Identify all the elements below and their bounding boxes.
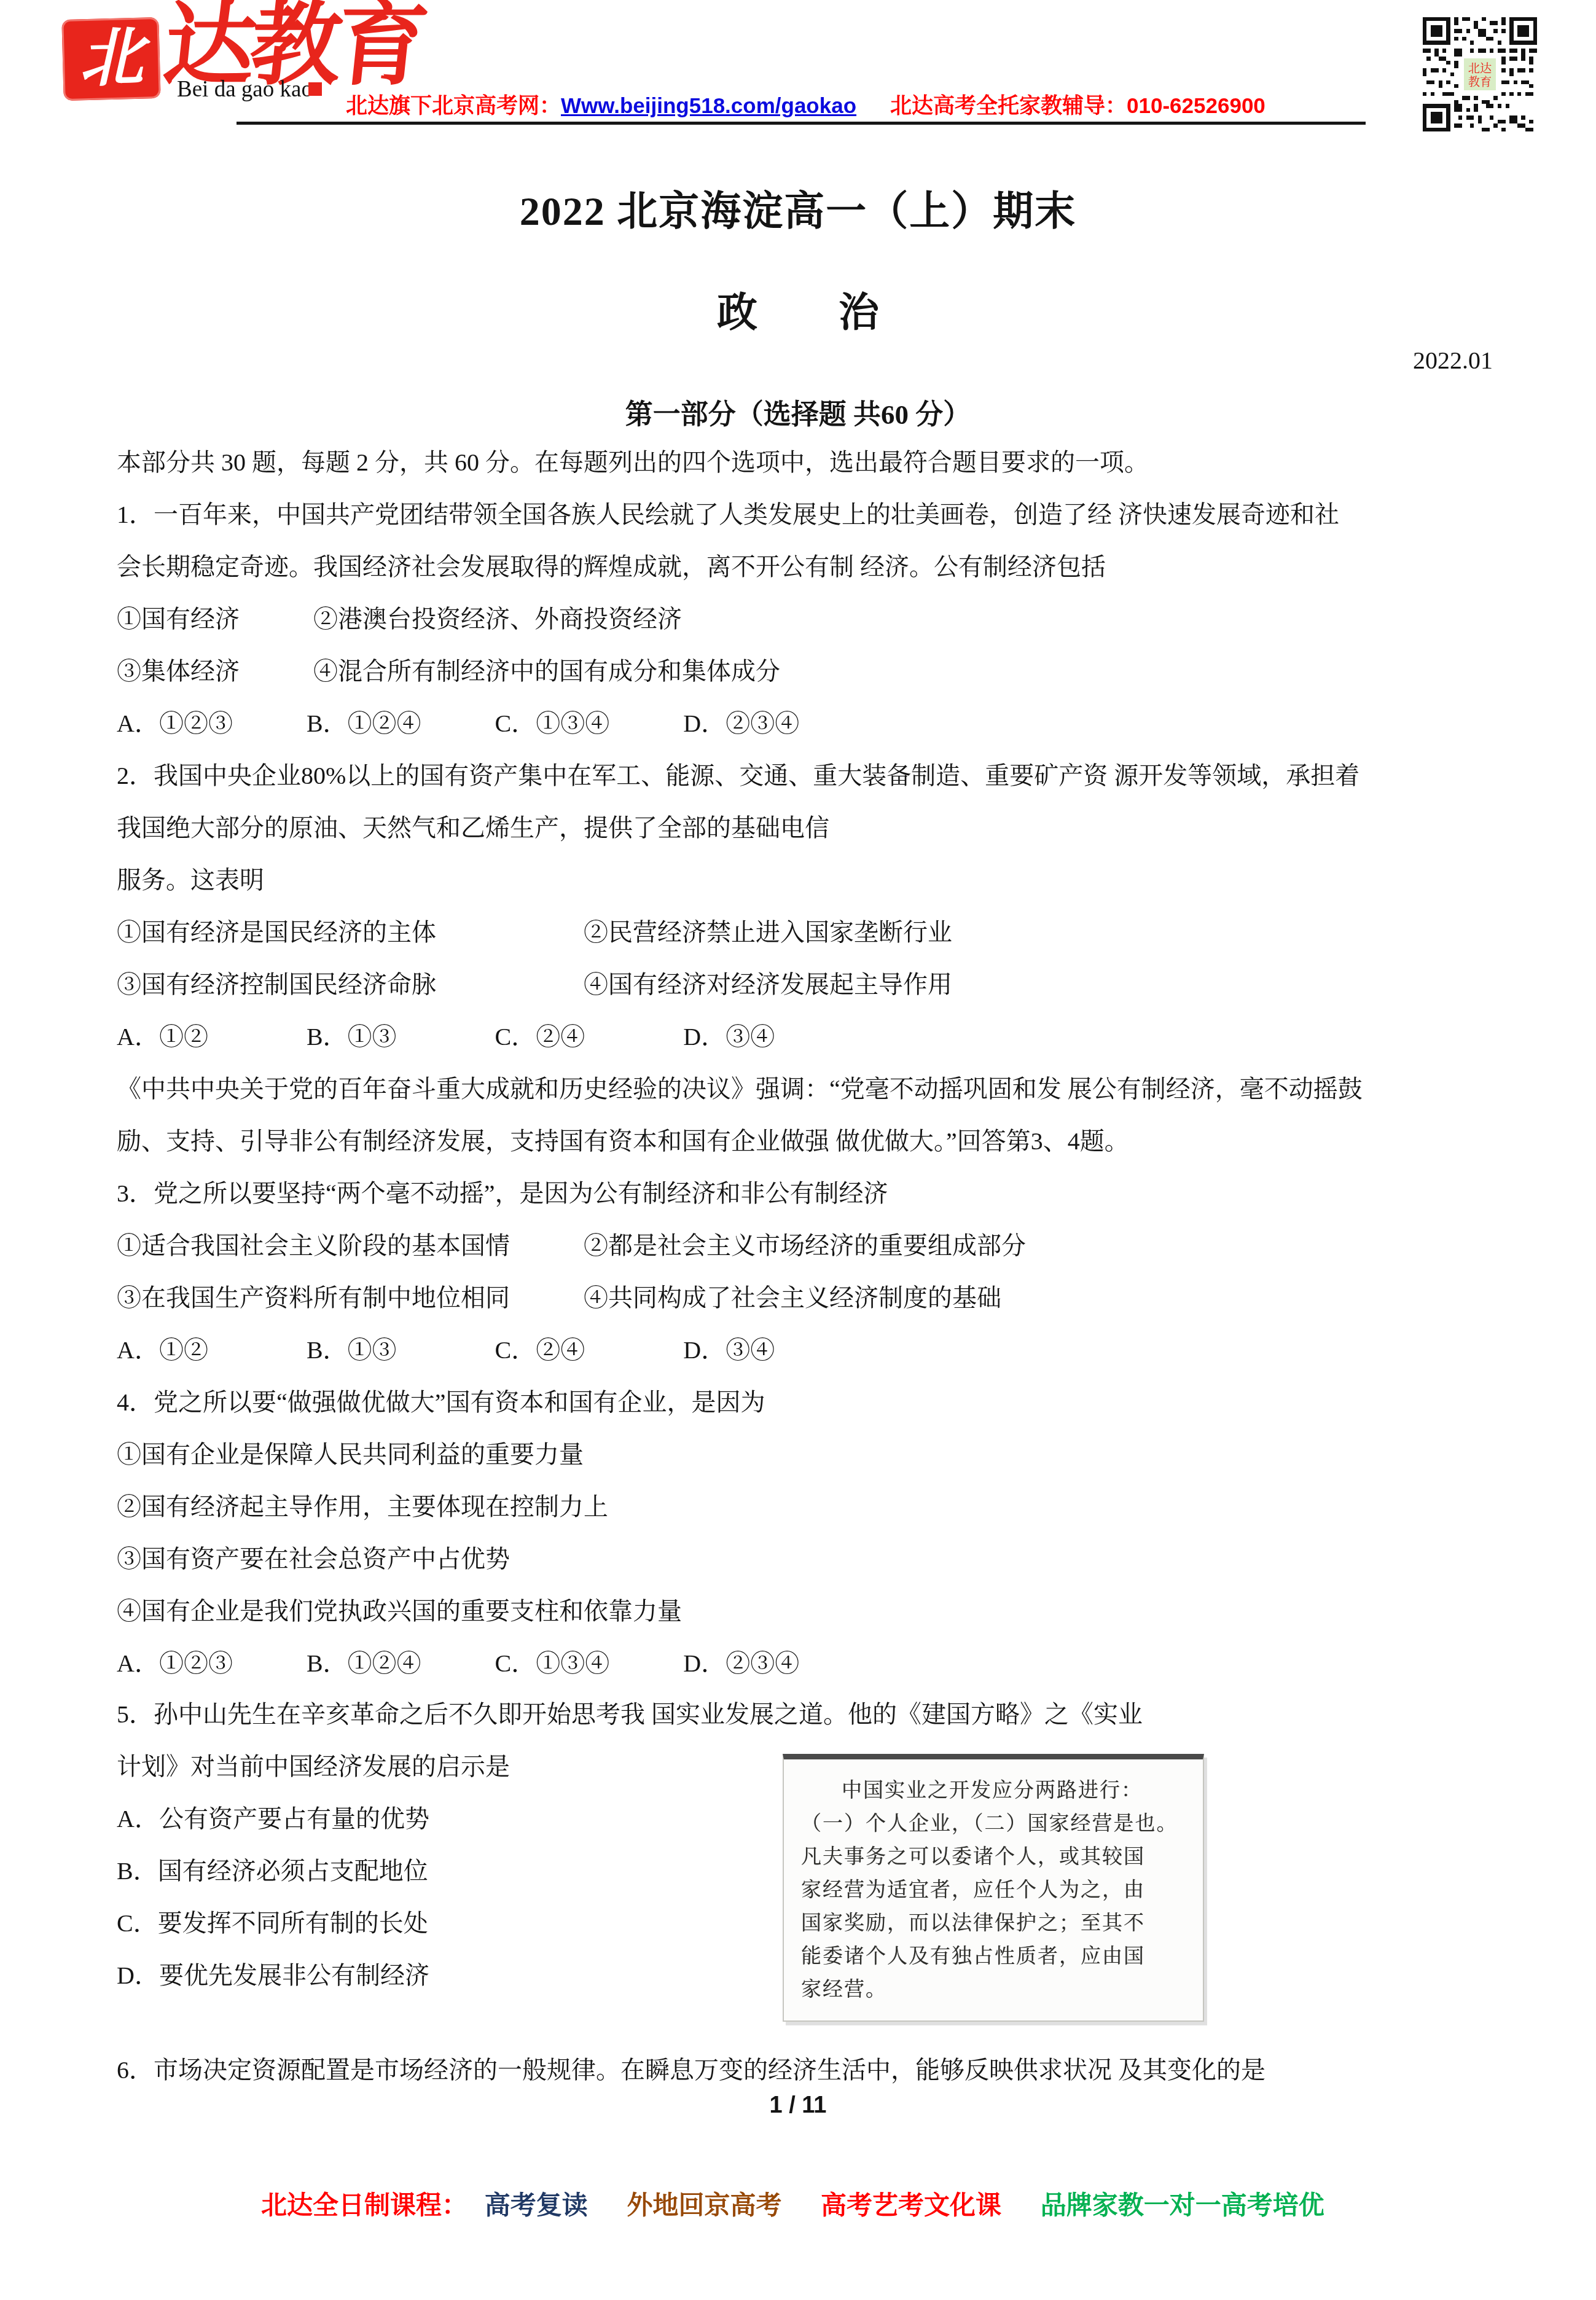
question-4-line-1: 4．党之所以要“做强做优做大”国有资本和国有企业，是因为	[117, 1388, 765, 1417]
question-5-line-1: 5．孙中山先生在辛亥革命之后不久即开始思考我 国实业发展之道。他的《建国方略》之…	[117, 1700, 1143, 1729]
quote-line: 家经营为适宜者，应任个人为之，由	[801, 1874, 1186, 1907]
question-4-item-2: ②国有经济起主导作用，主要体现在控制力上	[117, 1492, 608, 1522]
passage-3-4-line-2: 励、支持、引导非公有制经济发展，支持国有资本和国有企业做强 做优做大。”回答第3…	[117, 1127, 1129, 1156]
footer-segment: 高考复读	[485, 2191, 588, 2220]
footer-segment: 高考艺考文化课	[821, 2191, 1001, 2220]
logo-subtitle: Bei da gao kao	[177, 76, 313, 103]
question-5-choice-a: A．公有资产要占有量的优势	[117, 1804, 429, 1834]
question-3-items-3-4: ③在我国生产资料所有制中地位相同 ④共同构成了社会主义经济制度的基础	[117, 1283, 1001, 1313]
question-1-items-3-4: ③集体经济 ④混合所有制经济中的国有成分和集体成分	[117, 657, 780, 686]
page-title: 2022 北京海淀高一（上）期末	[0, 187, 1596, 237]
footer-segment: 外地回京高考	[627, 2191, 781, 2220]
question-4-choices: A．①②③ B．①②④ C．①③④ D．②③④	[117, 1649, 799, 1678]
question-5-line-2: 计划》对当前中国经济发展的启示是	[117, 1752, 510, 1782]
question-3-choices: A．①② B．①③ C．②④ D．③④	[117, 1336, 775, 1365]
footer-segment: 北达全日制课程：	[261, 2191, 467, 2220]
question-2-line-1: 2．我国中央企业80%以上的国有资产集中在军工、能源、交通、重大装备制造、重要矿…	[117, 761, 1359, 791]
logo-red-square-icon	[308, 82, 322, 96]
question-2-line-2: 我国绝大部分的原油、天然气和乙烯生产，提供了全部的基础电信	[117, 813, 829, 843]
question-1-items-1-2: ①国有经济 ②港澳台投资经济、外商投资经济	[117, 604, 682, 634]
qr-center-label-line1: 北达	[1468, 62, 1492, 76]
sun-yatsen-quote-image: 中国实业之开发应分两路进行： （一）个人企业，（二）国家经营是也。 凡夫事务之可…	[783, 1754, 1204, 2022]
section-heading: 第一部分（选择题 共60 分）	[0, 397, 1596, 432]
passage-3-4-line-1: 《中共中央关于党的百年奋斗重大成就和历史经验的决议》强调：“党毫不动摇巩固和发 …	[117, 1074, 1363, 1104]
question-1-choices: A．①②③ B．①②④ C．①③④ D．②③④	[117, 709, 799, 738]
question-5-choice-b: B．国有经济必须占支配地位	[117, 1856, 428, 1886]
qr-center-label-line2: 教育	[1468, 76, 1492, 89]
footer-segment: 品牌家教一对一高考培优	[1041, 2191, 1324, 2220]
question-3-items-1-2: ①适合我国社会主义阶段的基本国情 ②都是社会主义市场经济的重要组成部分	[117, 1231, 1026, 1261]
question-4-item-4: ④国有企业是我们党执政兴国的重要支柱和依靠力量	[117, 1597, 682, 1626]
page-number: 1 / 11	[0, 2091, 1596, 2119]
header-tutor-label: 北达高考全托家教辅导：010-62526900	[890, 94, 1265, 118]
logo-seal-character: 北	[79, 26, 144, 92]
logo-seal-icon: 北	[61, 17, 160, 101]
quote-line: 国家奖励，而以法律保护之；至其不	[801, 1907, 1186, 1940]
question-4-item-1: ①国有企业是保障人民共同利益的重要力量	[117, 1440, 584, 1469]
header-site-label: 北达旗下北京高考网：	[346, 94, 561, 118]
quote-line: 能委诸个人及有独占性质者，应由国	[801, 1940, 1186, 1973]
question-1-line-2: 会长期稳定奇迹。我国经济社会发展取得的辉煌成就，离不开公有制 经济。公有制经济包…	[117, 552, 1106, 582]
quote-line: 家经营。	[801, 1973, 1186, 2006]
question-5-choice-d: D．要优先发展非公有制经济	[117, 1961, 429, 1990]
question-1-line-1: 1．一百年来，中国共产党团结带领全国各族人民绘就了人类发展史上的壮美画卷，创造了…	[117, 500, 1339, 530]
header-divider	[237, 122, 1366, 125]
question-2-items-3-4: ③国有经济控制国民经济命脉 ④国有经济对经济发展起主导作用	[117, 970, 952, 999]
question-2-choices: A．①② B．①③ C．②④ D．③④	[117, 1022, 775, 1052]
header-links-row: 北达旗下北京高考网：Www.beijing518.com/gaokao北达高考全…	[346, 92, 1265, 121]
page-subtitle: 政 治	[0, 289, 1596, 338]
exam-date: 2022.01	[1413, 346, 1493, 375]
quote-line: 中国实业之开发应分两路进行：	[801, 1774, 1186, 1807]
qr-code-icon: 北达 教育	[1423, 17, 1537, 131]
quote-line: 凡夫事务之可以委诸个人，或其较国	[801, 1840, 1186, 1874]
question-2-line-3: 服务。这表明	[117, 866, 264, 895]
question-3-line-1: 3．党之所以要坚持“两个毫不动摇”，是因为公有制经济和非公有制经济	[117, 1179, 888, 1208]
footer-courses: 北达全日制课程： 高考复读 外地回京高考 高考艺考文化课 品牌家教一对一高考培优	[261, 2190, 1356, 2221]
exam-page: 北 达教育 Bei da gao kao 北达旗下北京高考网：Www.beiji…	[0, 0, 1596, 2300]
question-2-items-1-2: ①国有经济是国民经济的主体 ②民营经济禁止进入国家垄断行业	[117, 918, 952, 947]
question-4-item-3: ③国有资产要在社会总资产中占优势	[117, 1544, 510, 1574]
exam-instructions: 本部分共 30 题，每题 2 分，共 60 分。在每题列出的四个选项中，选出最符…	[117, 448, 1149, 477]
question-5-choice-c: C．要发挥不同所有制的长处	[117, 1909, 428, 1938]
question-6-line-1: 6．市场决定资源配置是市场经济的一般规律。在瞬息万变的经济生活中，能够反映供求状…	[117, 2056, 1265, 2085]
header-site-link[interactable]: Www.beijing518.com/gaokao	[561, 94, 856, 118]
quote-line: （一）个人企业，（二）国家经营是也。	[801, 1807, 1186, 1840]
